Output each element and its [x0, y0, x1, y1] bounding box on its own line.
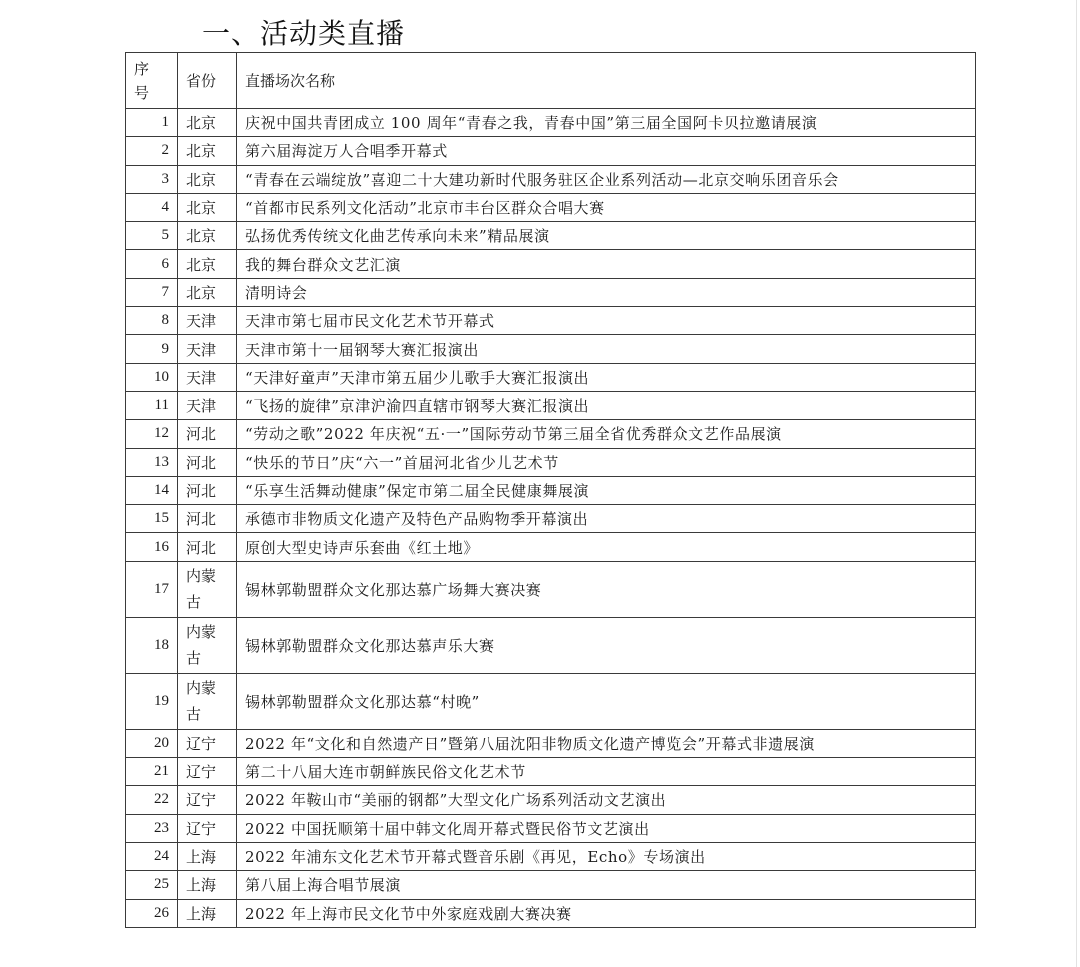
table-row: 24上海2022 年浦东文化艺术节开幕式暨音乐剧《再见，Echo》专场演出 — [126, 842, 976, 870]
row-index: 2 — [126, 137, 178, 165]
row-province: 辽宁 — [178, 814, 237, 842]
row-province: 内蒙古 — [178, 617, 237, 673]
section-title: 一、活动类直播 — [202, 12, 405, 52]
row-index: 13 — [126, 448, 178, 476]
row-province-line1: 内蒙 — [186, 567, 216, 585]
row-index: 1 — [126, 109, 178, 137]
table-row: 8天津天津市第七届市民文化艺术节开幕式 — [126, 307, 976, 335]
row-province: 北京 — [178, 137, 237, 165]
row-province: 辽宁 — [178, 786, 237, 814]
row-province: 北京 — [178, 222, 237, 250]
row-index: 25 — [126, 871, 178, 899]
row-index: 21 — [126, 758, 178, 786]
row-index: 15 — [126, 505, 178, 533]
row-province: 北京 — [178, 193, 237, 221]
header-index-line2: 号 — [134, 84, 149, 102]
row-broadcast-name: “天津好童声”天津市第五届少儿歌手大赛汇报演出 — [237, 363, 976, 391]
row-province: 北京 — [178, 109, 237, 137]
row-province: 辽宁 — [178, 758, 237, 786]
row-broadcast-name: 天津市第七届市民文化艺术节开幕式 — [237, 307, 976, 335]
row-index: 16 — [126, 533, 178, 561]
table-row: 2北京第六届海淀万人合唱季开幕式 — [126, 137, 976, 165]
row-province: 天津 — [178, 335, 237, 363]
row-broadcast-name: 第六届海淀万人合唱季开幕式 — [237, 137, 976, 165]
row-index: 14 — [126, 476, 178, 504]
table-row: 18内蒙古锡林郭勒盟群众文化那达慕声乐大赛 — [126, 617, 976, 673]
table-row: 7北京清明诗会 — [126, 278, 976, 306]
header-index-line1: 序 — [134, 60, 149, 78]
row-province-line2: 古 — [186, 649, 201, 667]
table-row: 13河北“快乐的节日”庆“六一”首届河北省少儿艺术节 — [126, 448, 976, 476]
row-province-line1: 内蒙 — [186, 679, 216, 697]
row-index: 18 — [126, 617, 178, 673]
row-index: 5 — [126, 222, 178, 250]
row-index: 4 — [126, 193, 178, 221]
row-province: 天津 — [178, 391, 237, 419]
row-index: 3 — [126, 165, 178, 193]
row-index: 23 — [126, 814, 178, 842]
row-province: 内蒙古 — [178, 673, 237, 729]
table-row: 10天津“天津好童声”天津市第五届少儿歌手大赛汇报演出 — [126, 363, 976, 391]
row-broadcast-name: “飞扬的旋律”京津沪渝四直辖市钢琴大赛汇报演出 — [237, 391, 976, 419]
row-index: 20 — [126, 729, 178, 757]
row-broadcast-name: 2022 中国抚顺第十届中韩文化周开幕式暨民俗节文艺演出 — [237, 814, 976, 842]
row-province: 河北 — [178, 476, 237, 504]
row-index: 19 — [126, 673, 178, 729]
row-index: 6 — [126, 250, 178, 278]
row-province: 上海 — [178, 899, 237, 927]
row-broadcast-name: 2022 年上海市民文化节中外家庭戏剧大赛决赛 — [237, 899, 976, 927]
row-province: 辽宁 — [178, 729, 237, 757]
row-index: 7 — [126, 278, 178, 306]
row-broadcast-name: 清明诗会 — [237, 278, 976, 306]
row-province: 河北 — [178, 533, 237, 561]
table-row: 23辽宁2022 中国抚顺第十届中韩文化周开幕式暨民俗节文艺演出 — [126, 814, 976, 842]
row-broadcast-name: 锡林郭勒盟群众文化那达慕“村晚” — [237, 673, 976, 729]
row-broadcast-name: 2022 年浦东文化艺术节开幕式暨音乐剧《再见，Echo》专场演出 — [237, 842, 976, 870]
table-row: 14河北“乐享生活舞动健康”保定市第二届全民健康舞展演 — [126, 476, 976, 504]
row-broadcast-name: 第二十八届大连市朝鲜族民俗文化艺术节 — [237, 758, 976, 786]
table-row: 16河北原创大型史诗声乐套曲《红土地》 — [126, 533, 976, 561]
row-broadcast-name: 2022 年“文化和自然遗产日”暨第八届沈阳非物质文化遗产博览会”开幕式非遗展演 — [237, 729, 976, 757]
row-broadcast-name: 第八届上海合唱节展演 — [237, 871, 976, 899]
row-index: 26 — [126, 899, 178, 927]
row-province-line2: 古 — [186, 593, 201, 611]
row-province: 内蒙古 — [178, 561, 237, 617]
row-province-line2: 古 — [186, 705, 201, 723]
row-broadcast-name: 原创大型史诗声乐套曲《红土地》 — [237, 533, 976, 561]
table-row: 17内蒙古锡林郭勒盟群众文化那达慕广场舞大赛决赛 — [126, 561, 976, 617]
header-province: 省份 — [178, 53, 237, 109]
row-province: 上海 — [178, 871, 237, 899]
table-row: 4北京“首都市民系列文化活动”北京市丰台区群众合唱大赛 — [126, 193, 976, 221]
row-index: 17 — [126, 561, 178, 617]
row-index: 10 — [126, 363, 178, 391]
table-row: 25上海第八届上海合唱节展演 — [126, 871, 976, 899]
row-broadcast-name: “首都市民系列文化活动”北京市丰台区群众合唱大赛 — [237, 193, 976, 221]
table-row: 26上海2022 年上海市民文化节中外家庭戏剧大赛决赛 — [126, 899, 976, 927]
row-broadcast-name: 2022 年鞍山市“美丽的钢都”大型文化广场系列活动文艺演出 — [237, 786, 976, 814]
row-broadcast-name: 锡林郭勒盟群众文化那达慕声乐大赛 — [237, 617, 976, 673]
row-province: 河北 — [178, 420, 237, 448]
table-row: 3北京“青春在云端绽放”喜迎二十大建功新时代服务驻区企业系列活动—北京交响乐团音… — [126, 165, 976, 193]
table-row: 11天津“飞扬的旋律”京津沪渝四直辖市钢琴大赛汇报演出 — [126, 391, 976, 419]
row-broadcast-name: “劳动之歌”2022 年庆祝“五·一”国际劳动节第三届全省优秀群众文艺作品展演 — [237, 420, 976, 448]
broadcast-table: 序 号 省份 直播场次名称 1北京庆祝中国共青团成立 100 周年“青春之我，青… — [125, 52, 976, 928]
table-header-row: 序 号 省份 直播场次名称 — [126, 53, 976, 109]
row-index: 22 — [126, 786, 178, 814]
row-broadcast-name: 弘扬优秀传统文化曲艺传承向未来”精品展演 — [237, 222, 976, 250]
row-province: 上海 — [178, 842, 237, 870]
row-province: 天津 — [178, 307, 237, 335]
row-broadcast-name: 锡林郭勒盟群众文化那达慕广场舞大赛决赛 — [237, 561, 976, 617]
header-broadcast-name: 直播场次名称 — [237, 53, 976, 109]
row-province: 天津 — [178, 363, 237, 391]
row-province-line1: 内蒙 — [186, 623, 216, 641]
header-index: 序 号 — [126, 53, 178, 109]
table-row: 20辽宁2022 年“文化和自然遗产日”暨第八届沈阳非物质文化遗产博览会”开幕式… — [126, 729, 976, 757]
row-broadcast-name: 天津市第十一届钢琴大赛汇报演出 — [237, 335, 976, 363]
table-row: 21辽宁第二十八届大连市朝鲜族民俗文化艺术节 — [126, 758, 976, 786]
table-row: 19内蒙古锡林郭勒盟群众文化那达慕“村晚” — [126, 673, 976, 729]
table-row: 15河北承德市非物质文化遗产及特色产品购物季开幕演出 — [126, 505, 976, 533]
row-broadcast-name: 承德市非物质文化遗产及特色产品购物季开幕演出 — [237, 505, 976, 533]
row-index: 11 — [126, 391, 178, 419]
table-row: 6北京我的舞台群众文艺汇演 — [126, 250, 976, 278]
row-broadcast-name: “快乐的节日”庆“六一”首届河北省少儿艺术节 — [237, 448, 976, 476]
table-row: 12河北“劳动之歌”2022 年庆祝“五·一”国际劳动节第三届全省优秀群众文艺作… — [126, 420, 976, 448]
row-broadcast-name: “青春在云端绽放”喜迎二十大建功新时代服务驻区企业系列活动—北京交响乐团音乐会 — [237, 165, 976, 193]
row-broadcast-name: “乐享生活舞动健康”保定市第二届全民健康舞展演 — [237, 476, 976, 504]
table-row: 5北京弘扬优秀传统文化曲艺传承向未来”精品展演 — [126, 222, 976, 250]
table-row: 22辽宁2022 年鞍山市“美丽的钢都”大型文化广场系列活动文艺演出 — [126, 786, 976, 814]
row-province: 河北 — [178, 505, 237, 533]
row-province: 北京 — [178, 278, 237, 306]
row-index: 24 — [126, 842, 178, 870]
page-edge-line — [1076, 0, 1077, 967]
row-index: 9 — [126, 335, 178, 363]
row-province: 北京 — [178, 165, 237, 193]
row-index: 8 — [126, 307, 178, 335]
table-row: 9天津天津市第十一届钢琴大赛汇报演出 — [126, 335, 976, 363]
row-index: 12 — [126, 420, 178, 448]
row-broadcast-name: 庆祝中国共青团成立 100 周年“青春之我，青春中国”第三届全国阿卡贝拉邀请展演 — [237, 109, 976, 137]
row-broadcast-name: 我的舞台群众文艺汇演 — [237, 250, 976, 278]
row-province: 北京 — [178, 250, 237, 278]
row-province: 河北 — [178, 448, 237, 476]
table-row: 1北京庆祝中国共青团成立 100 周年“青春之我，青春中国”第三届全国阿卡贝拉邀… — [126, 109, 976, 137]
